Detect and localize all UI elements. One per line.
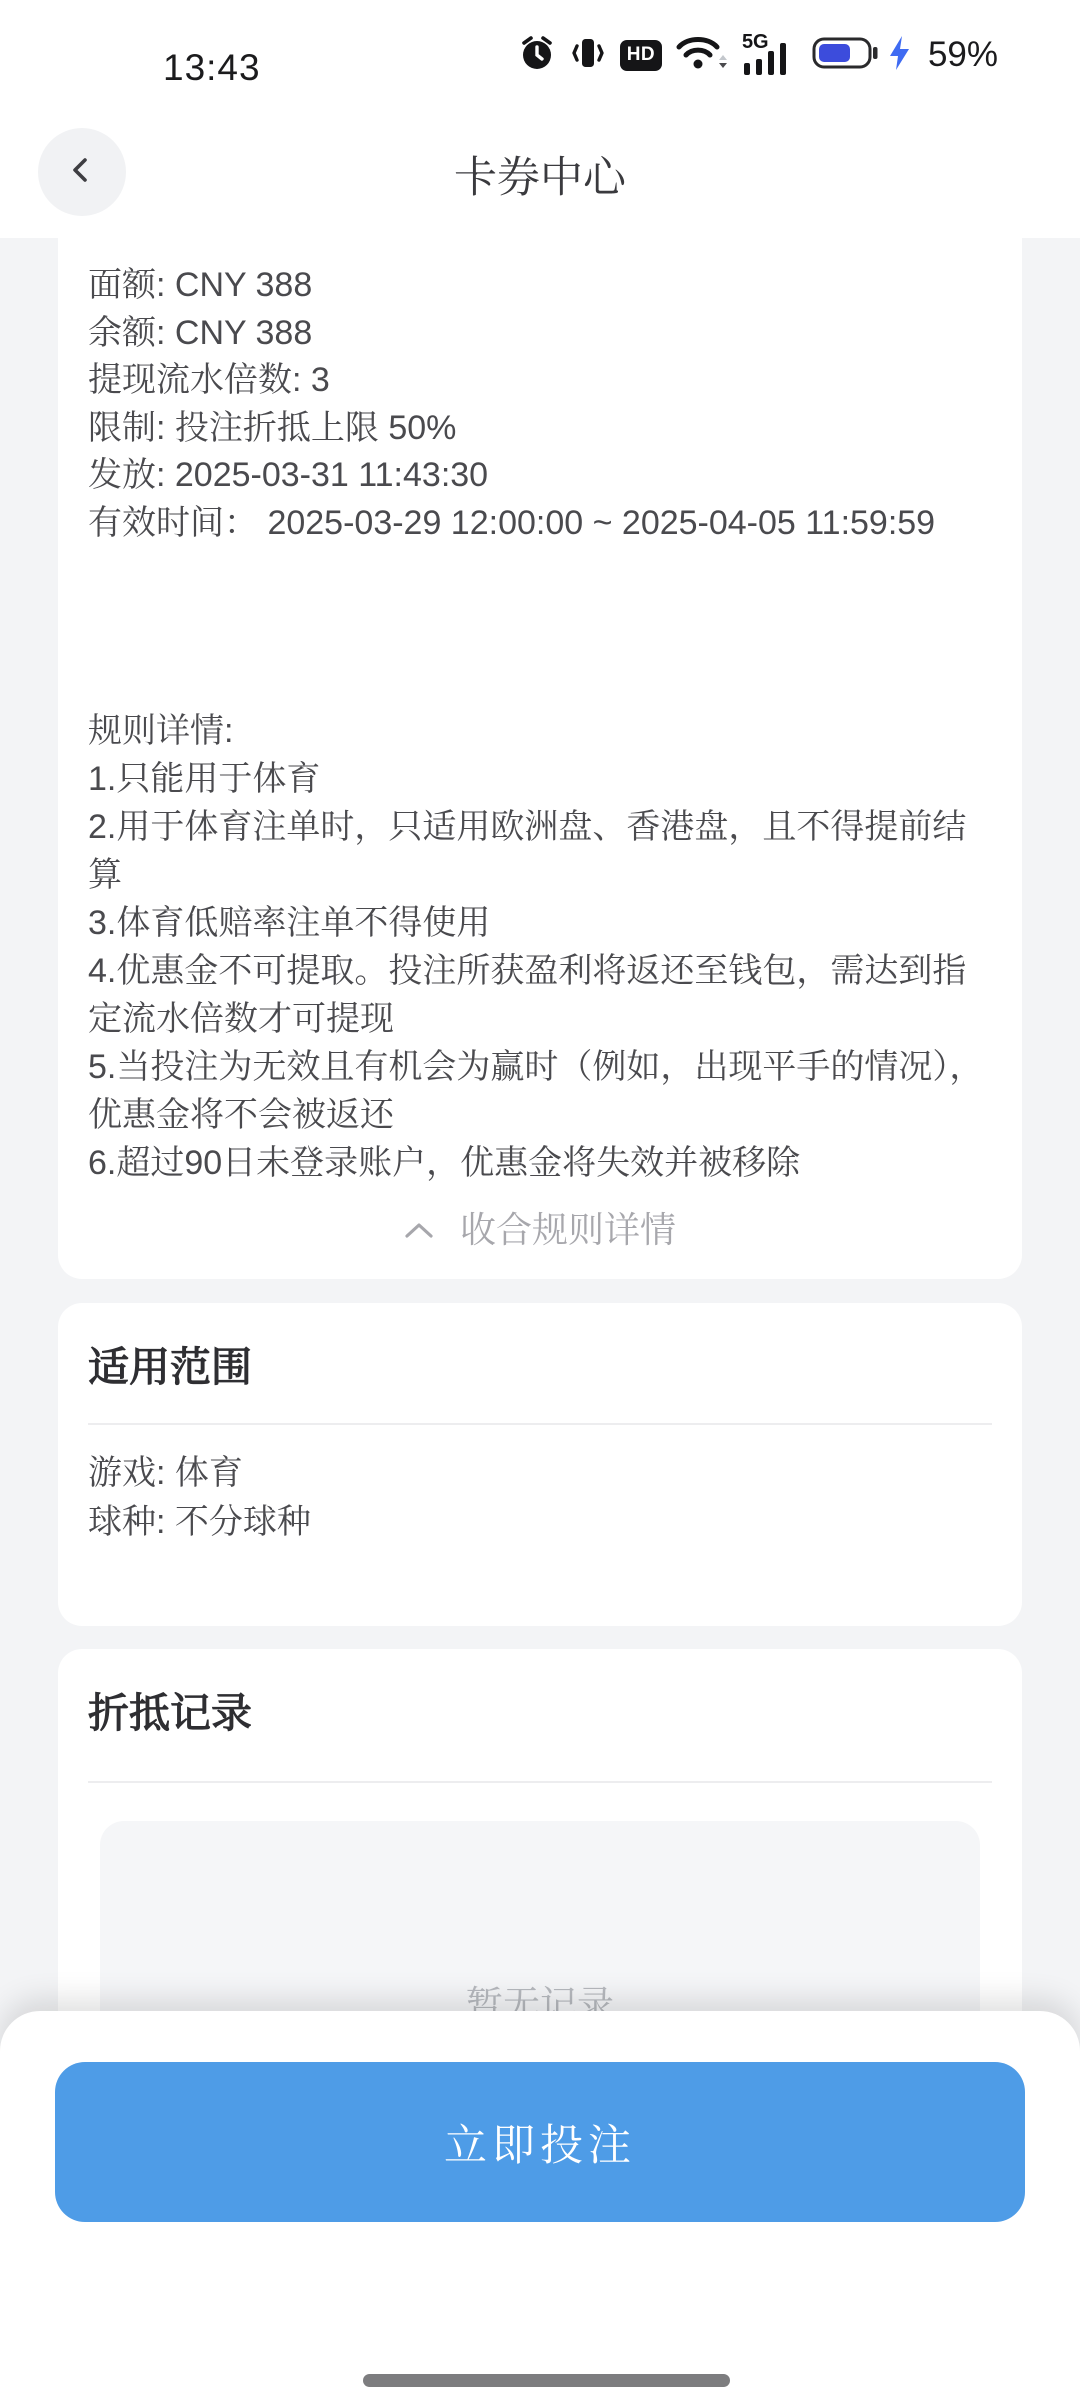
scope-ball-type-row: 球种: 不分球种	[88, 1498, 992, 1547]
hd-icon: HD	[620, 40, 662, 71]
status-icons: HD 5G	[518, 0, 998, 110]
coupon-valid-period: 有效时间： 2025-03-29 12:00:00 ~ 2025-04-05 1…	[88, 500, 992, 548]
applicable-scope-card: 适用范围 游戏: 体育 球种: 不分球种	[58, 1303, 1022, 1626]
status-bar: 13:43 HD	[0, 0, 1080, 110]
coupon-face-value: 面额: CNY 388	[88, 262, 992, 310]
battery-icon	[812, 35, 880, 76]
scope-section-title: 适用范围	[88, 1339, 992, 1395]
vibrate-icon	[570, 34, 606, 77]
rule-item-3: 3.体育低赔率注单不得使用	[88, 899, 992, 947]
home-indicator-handle[interactable]	[363, 2374, 730, 2387]
battery-percent-label: 59%	[928, 35, 998, 75]
status-time: 13:43	[163, 47, 261, 89]
coupon-detail-card: 面额: CNY 388 余额: CNY 388 提现流水倍数: 3 限制: 投注…	[58, 238, 1022, 1279]
rule-item-1: 1.只能用于体育	[88, 755, 992, 803]
collapse-rules-label: 收合规则详情	[460, 1202, 676, 1253]
rule-item-2: 2.用于体育注单时，只适用欧洲盘、香港盘，且不得提前结算	[88, 803, 992, 899]
collapse-rules-toggle[interactable]: 收合规则详情	[88, 1203, 992, 1251]
rules-title: 规则详情:	[88, 707, 992, 755]
spacer	[88, 547, 992, 707]
charging-bolt-icon	[888, 36, 912, 75]
chevron-left-icon	[65, 153, 99, 192]
divider	[88, 1781, 992, 1783]
signal-5g-icon: 5G	[742, 35, 798, 75]
coupon-limit: 限制: 投注折抵上限 50%	[88, 405, 992, 453]
records-section-title: 折抵记录	[88, 1685, 992, 1741]
wifi-icon	[676, 33, 728, 78]
coupon-issued-time: 发放: 2025-03-31 11:43:30	[88, 452, 992, 500]
alarm-icon	[518, 34, 556, 77]
chevron-up-icon	[404, 1206, 434, 1248]
bet-now-button[interactable]: 立即投注	[55, 2062, 1025, 2222]
rule-item-5: 5.当投注为无效且有机会为赢时（例如，出现平手的情况），优惠金将不会被返还	[88, 1043, 992, 1139]
page-title: 卡券中心	[0, 110, 1080, 238]
coupon-turnover-multiplier: 提现流水倍数: 3	[88, 357, 992, 405]
coupon-center-screen: 13:43 HD	[0, 0, 1080, 2400]
coupon-balance: 余额: CNY 388	[88, 310, 992, 358]
scope-game-row: 游戏: 体育	[88, 1449, 992, 1498]
rule-item-4: 4.优惠金不可提取。投注所获盈利将返还至钱包，需达到指定流水倍数才可提现	[88, 947, 992, 1043]
back-button[interactable]	[38, 128, 126, 216]
rule-item-6: 6.超过90日未登录账户，优惠金将失效并被移除	[88, 1139, 992, 1187]
header: 卡券中心	[0, 110, 1080, 238]
bottom-action-sheet: 立即投注	[0, 2011, 1080, 2400]
